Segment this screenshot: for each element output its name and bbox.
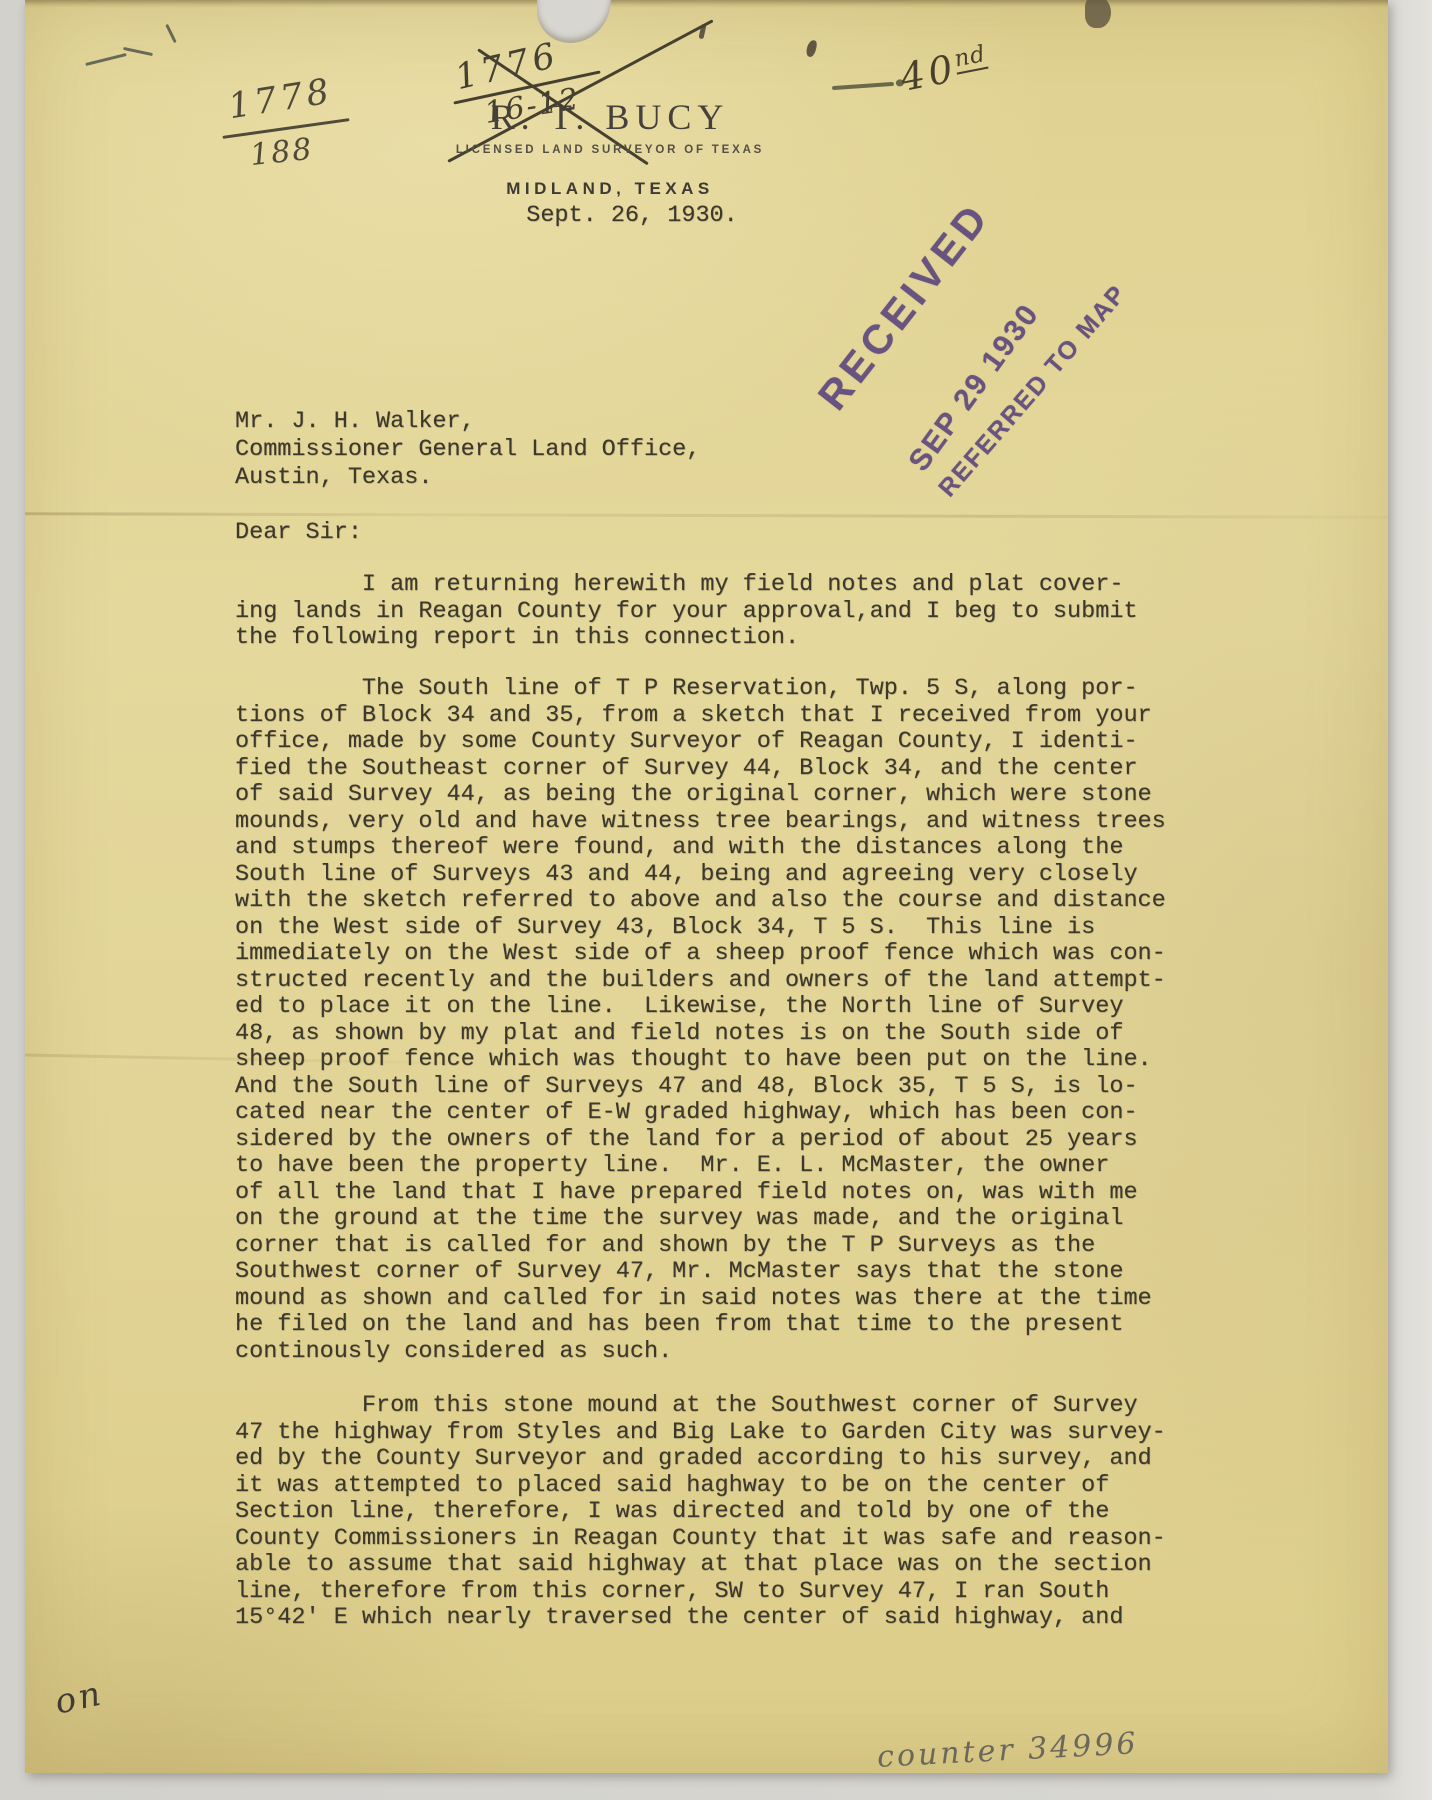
- text-line: And the South line of Surveys 47 and 48,…: [235, 1074, 1166, 1101]
- letterhead-name: R. T. BUCY: [330, 96, 890, 138]
- text-line: on the ground at the time the survey was…: [235, 1206, 1166, 1233]
- pencil-stroke: [123, 47, 153, 56]
- text-line: able to assume that said highway at that…: [235, 1552, 1166, 1579]
- text-line: cated near the center of E-W graded high…: [235, 1100, 1166, 1127]
- recipient-address: Mr. J. H. Walker,Commissioner General La…: [235, 408, 700, 492]
- text-line: he filed on the land and has been from t…: [235, 1312, 1166, 1339]
- text-line: sheep proof fence which was thought to h…: [235, 1047, 1166, 1074]
- text-line: Section line, therefore, I was directed …: [235, 1499, 1166, 1526]
- text-line: Commissioner General Land Office,: [235, 436, 700, 464]
- text-line: immediately on the West side of a sheep …: [235, 941, 1166, 968]
- text-line: 48, as shown by my plat and field notes …: [235, 1021, 1166, 1048]
- paragraph-2: The South line of T P Reservation, Twp. …: [235, 676, 1166, 1365]
- note-suffix: nd: [952, 41, 988, 75]
- paragraph-3: From this stone mound at the Southwest c…: [235, 1393, 1166, 1632]
- text-line: corner that is called for and shown by t…: [235, 1233, 1166, 1260]
- pencil-stroke: [85, 53, 126, 66]
- text-line: of said Survey 44, as being the original…: [235, 782, 1166, 809]
- text-line: structed recently and the builders and o…: [235, 968, 1166, 995]
- text-line: and stumps thereof were found, and with …: [235, 835, 1166, 862]
- text-line: to have been the property line. Mr. E. L…: [235, 1153, 1166, 1180]
- text-line: the following report in this connection.: [235, 625, 1138, 652]
- text-line: fied the Southeast corner of Survey 44, …: [235, 756, 1166, 783]
- scan-background: 1778 188 1776 16-12 40nd R. T. BUCY LICE…: [0, 0, 1432, 1800]
- text-line: The South line of T P Reservation, Twp. …: [235, 676, 1166, 703]
- text-line: Austin, Texas.: [235, 464, 700, 492]
- ink-spot: [805, 39, 818, 58]
- pencil-check-mark: [65, 40, 195, 80]
- handwritten-note-top-right: 40nd: [897, 40, 992, 100]
- text-line: with the sketch referred to above and al…: [235, 888, 1166, 915]
- text-line: I am returning herewith my field notes a…: [235, 572, 1138, 599]
- text-line: County Commissioners in Reagan County th…: [235, 1526, 1166, 1553]
- text-line: line, therefore from this corner, SW to …: [235, 1579, 1166, 1606]
- text-line: ed by the County Surveyor and graded acc…: [235, 1446, 1166, 1473]
- text-line: 15°42' E which nearly traversed the cent…: [235, 1605, 1166, 1632]
- ink-blob: [1085, 0, 1111, 28]
- handwritten-note-on: on: [51, 1673, 107, 1722]
- letterhead-city: MIDLAND, TEXAS: [330, 179, 890, 199]
- text-line: From this stone mound at the Southwest c…: [235, 1393, 1166, 1420]
- letter-date: Sept. 26, 1930.: [352, 202, 912, 229]
- letter-paper: 1778 188 1776 16-12 40nd R. T. BUCY LICE…: [25, 0, 1388, 1773]
- salutation: Dear Sir:: [235, 520, 362, 547]
- letterhead-subtitle: LICENSED LAND SURVEYOR OF TEXAS: [330, 144, 890, 156]
- text-line: Mr. J. H. Walker,: [235, 408, 700, 436]
- letterhead: R. T. BUCY LICENSED LAND SURVEYOR OF TEX…: [330, 96, 890, 229]
- ink-dash-mark: [832, 82, 894, 90]
- note-value: 40: [897, 46, 961, 100]
- text-line: ed to place it on the line. Likewise, th…: [235, 994, 1166, 1021]
- text-line: it was attempted to placed said haghway …: [235, 1473, 1166, 1500]
- text-line: continously considered as such.: [235, 1339, 1166, 1366]
- pencil-stroke: [165, 24, 176, 43]
- text-line: Southwest corner of Survey 47, Mr. McMas…: [235, 1259, 1166, 1286]
- handwritten-counter-number: counter 34996: [876, 1726, 1139, 1775]
- text-line: mound as shown and called for in said no…: [235, 1286, 1166, 1313]
- text-line: mounds, very old and have witness tree b…: [235, 809, 1166, 836]
- text-line: 47 the highway from Styles and Big Lake …: [235, 1420, 1166, 1447]
- paper-fold-line: [25, 512, 1388, 519]
- text-line: on the West side of Survey 43, Block 34,…: [235, 915, 1166, 942]
- text-line: tions of Block 34 and 35, from a sketch …: [235, 703, 1166, 730]
- text-line: sidered by the owners of the land for a …: [235, 1127, 1166, 1154]
- paragraph-1: I am returning herewith my field notes a…: [235, 572, 1138, 652]
- text-line: ing lands in Reagan County for your appr…: [235, 599, 1138, 626]
- text-line: South line of Surveys 43 and 44, being a…: [235, 862, 1166, 889]
- text-line: office, made by some County Surveyor of …: [235, 729, 1166, 756]
- text-line: of all the land that I have prepared fie…: [235, 1180, 1166, 1207]
